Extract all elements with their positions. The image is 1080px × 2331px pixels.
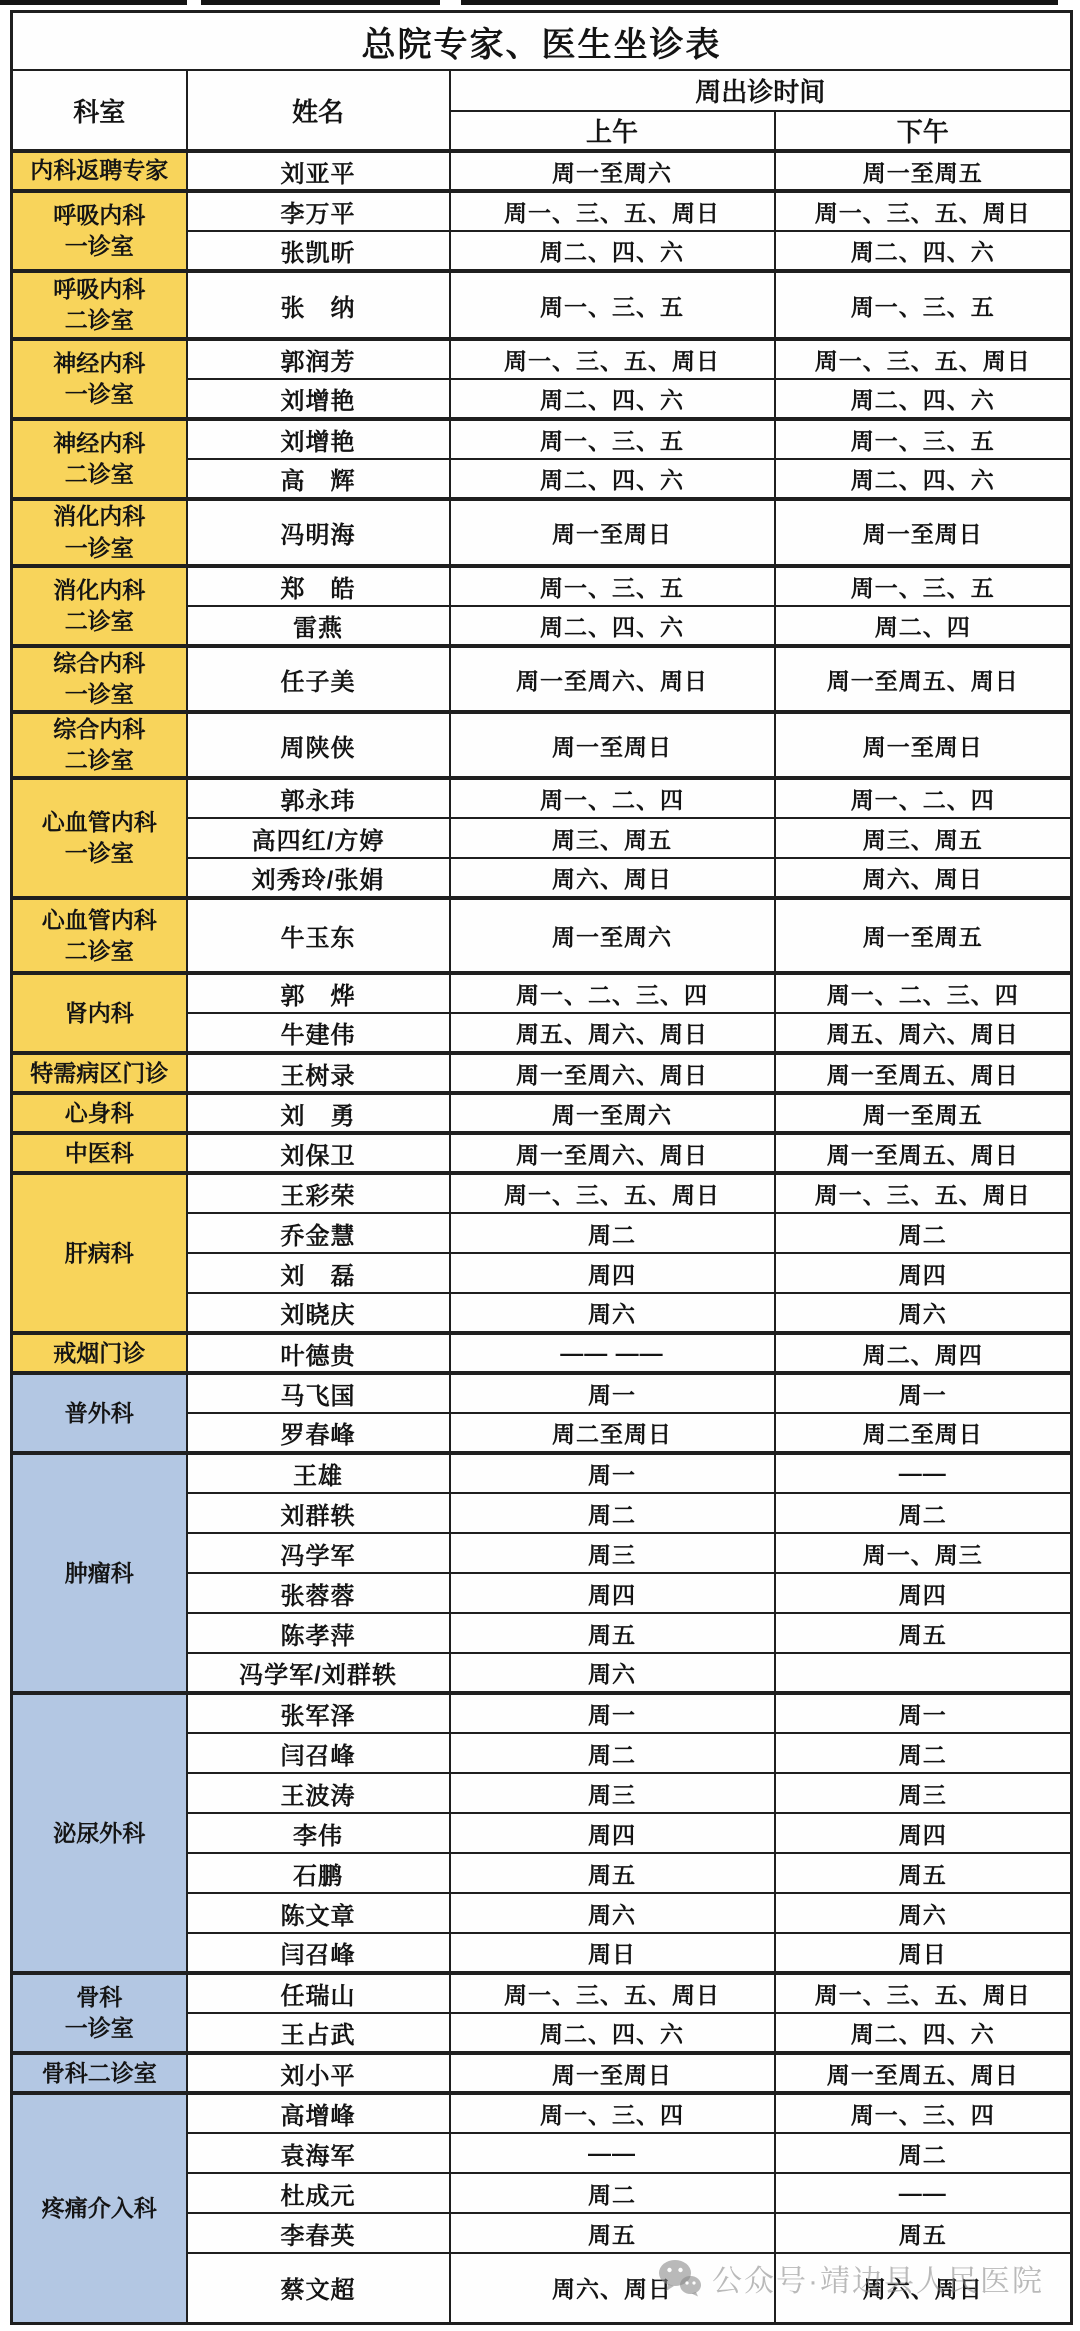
doctor-name-cell: 郭 烨 (187, 973, 450, 1013)
column-header-department: 科室 (12, 70, 187, 151)
morning-cell: 周二、四、六 (450, 606, 775, 646)
morning-cell: 周一至周六 (450, 1093, 775, 1133)
morning-cell: 周二、四、六 (450, 459, 775, 499)
morning-cell: 周一至周六 (450, 151, 775, 191)
afternoon-cell: 周二至周日 (775, 1413, 1072, 1453)
header-row: 科室 姓名 周出诊时间 (12, 70, 1072, 111)
doctor-name-cell: 郭润芳 (187, 339, 450, 379)
doctor-name-cell: 闫召峰 (187, 1733, 450, 1773)
morning-cell: 周二 (450, 1213, 775, 1253)
afternoon-cell: 周一、三、五、周日 (775, 1173, 1072, 1213)
doctor-name-cell: 冯学军/刘群轶 (187, 1653, 450, 1693)
doctor-name-cell: 牛建伟 (187, 1013, 450, 1053)
afternoon-cell: 周一至周日 (775, 712, 1072, 778)
table-row: 神经内科 一诊室郭润芳周一、三、五、周日周一、三、五、周日 (12, 339, 1072, 379)
morning-cell: 周一、三、五、周日 (450, 1173, 775, 1213)
afternoon-cell: 周六 (775, 1293, 1072, 1333)
column-header-morning: 上午 (450, 111, 775, 151)
department-cell: 神经内科 一诊室 (12, 339, 187, 419)
department-cell: 骨科 一诊室 (12, 1973, 187, 2053)
table-row: 肾内科郭 烨周一、二、三、四周一、二、三、四 (12, 973, 1072, 1013)
morning-cell: 周四 (450, 1573, 775, 1613)
doctor-name-cell: 张凯昕 (187, 231, 450, 271)
doctor-name-cell: 张军泽 (187, 1693, 450, 1733)
doctor-name-cell: 刘晓庆 (187, 1293, 450, 1333)
afternoon-cell: 周二、四、六 (775, 379, 1072, 419)
afternoon-cell: 周一、二、三、四 (775, 973, 1072, 1013)
doctor-name-cell: 李万平 (187, 191, 450, 231)
column-header-afternoon: 下午 (775, 111, 1072, 151)
doctor-name-cell: 刘小平 (187, 2053, 450, 2093)
afternoon-cell: 周六 (775, 1893, 1072, 1933)
doctor-name-cell: 王波涛 (187, 1773, 450, 1813)
afternoon-cell: 周四 (775, 1253, 1072, 1293)
doctor-name-cell: 刘增艳 (187, 419, 450, 459)
column-header-schedule: 周出诊时间 (450, 70, 1072, 111)
afternoon-cell (775, 1653, 1072, 1693)
morning-cell: 周一、三、五 (450, 566, 775, 606)
table-row: 呼吸内科 一诊室李万平周一、三、五、周日周一、三、五、周日 (12, 191, 1072, 231)
afternoon-cell: 周一、二、四 (775, 778, 1072, 818)
doctor-name-cell: 雷燕 (187, 606, 450, 646)
morning-cell: 周六 (450, 1893, 775, 1933)
afternoon-cell: 周三、周五 (775, 818, 1072, 858)
department-cell: 心血管内科 二诊室 (12, 898, 187, 973)
afternoon-cell: 周一、三、五、周日 (775, 1973, 1072, 2013)
morning-cell: 周二、四、六 (450, 231, 775, 271)
morning-cell: 周一、三、五、周日 (450, 1973, 775, 2013)
afternoon-cell: 周四 (775, 1813, 1072, 1853)
department-cell: 消化内科 一诊室 (12, 499, 187, 566)
morning-cell: 周一至周六、周日 (450, 1133, 775, 1173)
morning-cell: 周五 (450, 2213, 775, 2253)
morning-cell: 周三、周五 (450, 818, 775, 858)
department-cell: 中医科 (12, 1133, 187, 1173)
afternoon-cell: 周五 (775, 1613, 1072, 1653)
doctor-name-cell: 刘保卫 (187, 1133, 450, 1173)
afternoon-cell: 周五 (775, 1853, 1072, 1893)
doctor-name-cell: 刘秀玲/张娟 (187, 858, 450, 898)
doctor-name-cell: 袁海军 (187, 2133, 450, 2173)
doctor-name-cell: 李伟 (187, 1813, 450, 1853)
schedule-table: 总院专家、医生坐诊表 科室 姓名 周出诊时间 上午 下午 内科返聘专家刘亚平周一… (10, 10, 1073, 2325)
doctor-name-cell: 任瑞山 (187, 1973, 450, 2013)
afternoon-cell: 周二 (775, 1733, 1072, 1773)
morning-cell: 周四 (450, 1813, 775, 1853)
morning-cell: 周一 (450, 1693, 775, 1733)
afternoon-cell: 周一至周五、周日 (775, 2053, 1072, 2093)
afternoon-cell: 周日 (775, 1933, 1072, 1973)
morning-cell: 周日 (450, 1933, 775, 1973)
doctor-name-cell: 刘亚平 (187, 151, 450, 191)
afternoon-cell: 周一至周五 (775, 1093, 1072, 1133)
department-cell: 肿瘤科 (12, 1453, 187, 1693)
afternoon-cell: 周一、三、五、周日 (775, 191, 1072, 231)
doctor-name-cell: 李春英 (187, 2213, 450, 2253)
afternoon-cell: 周一、周三 (775, 1533, 1072, 1573)
doctor-name-cell: 叶德贵 (187, 1333, 450, 1373)
department-cell: 心身科 (12, 1093, 187, 1133)
morning-cell: 周五 (450, 1853, 775, 1893)
morning-cell: 周一、三、五 (450, 419, 775, 459)
afternoon-cell: 周二、四、六 (775, 459, 1072, 499)
afternoon-cell: 周二、四、六 (775, 2013, 1072, 2053)
morning-cell: 周二 (450, 1493, 775, 1533)
doctor-name-cell: 高 辉 (187, 459, 450, 499)
morning-cell: 周一至周日 (450, 2053, 775, 2093)
doctor-name-cell: 杜成元 (187, 2173, 450, 2213)
afternoon-cell: 周二、周四 (775, 1333, 1072, 1373)
department-cell: 综合内科 二诊室 (12, 712, 187, 778)
morning-cell: 周一至周六 (450, 898, 775, 973)
morning-cell: 周五、周六、周日 (450, 1013, 775, 1053)
table-row: 综合内科 一诊室任子美周一至周六、周日周一至周五、周日 (12, 646, 1072, 712)
doctor-name-cell: 冯明海 (187, 499, 450, 566)
department-cell: 呼吸内科 一诊室 (12, 191, 187, 271)
table-row: 心血管内科 二诊室牛玉东周一至周六周一至周五 (12, 898, 1072, 973)
afternoon-cell: 周四 (775, 1573, 1072, 1613)
doctor-name-cell: 张蓉蓉 (187, 1573, 450, 1613)
morning-cell: —— (450, 2133, 775, 2173)
doctor-name-cell: 郭永玮 (187, 778, 450, 818)
morning-cell: 周一至周六、周日 (450, 1053, 775, 1093)
title-row: 总院专家、医生坐诊表 (12, 12, 1072, 71)
doctor-name-cell: 刘增艳 (187, 379, 450, 419)
morning-cell: 周六、周日 (450, 858, 775, 898)
afternoon-cell: 周一、三、五 (775, 419, 1072, 459)
afternoon-cell: —— (775, 2173, 1072, 2213)
doctor-name-cell: 王雄 (187, 1453, 450, 1493)
table-row: 泌尿外科张军泽周一周一 (12, 1693, 1072, 1733)
doctor-name-cell: 郑 皓 (187, 566, 450, 606)
department-cell: 骨科二诊室 (12, 2053, 187, 2093)
afternoon-cell: 周一至周五、周日 (775, 646, 1072, 712)
table-row: 消化内科 二诊室郑 皓周一、三、五周一、三、五 (12, 566, 1072, 606)
doctor-name-cell: 乔金慧 (187, 1213, 450, 1253)
table-row: 肝病科王彩荣周一、三、五、周日周一、三、五、周日 (12, 1173, 1072, 1213)
table-row: 疼痛介入科高增峰周一、三、四周一、三、四 (12, 2093, 1072, 2133)
department-cell: 疼痛介入科 (12, 2093, 187, 2323)
table-row: 综合内科 二诊室周陕侠周一至周日周一至周日 (12, 712, 1072, 778)
department-cell: 肾内科 (12, 973, 187, 1053)
afternoon-cell: 周二 (775, 1213, 1072, 1253)
afternoon-cell: 周三 (775, 1773, 1072, 1813)
morning-cell: —— —— (450, 1333, 775, 1373)
table-row: 内科返聘专家刘亚平周一至周六周一至周五 (12, 151, 1072, 191)
doctor-name-cell: 牛玉东 (187, 898, 450, 973)
afternoon-cell: 周一、三、五 (775, 271, 1072, 339)
doctor-name-cell: 张 纳 (187, 271, 450, 339)
doctor-name-cell: 刘 勇 (187, 1093, 450, 1133)
morning-cell: 周一、三、五、周日 (450, 339, 775, 379)
afternoon-cell: 周一 (775, 1693, 1072, 1733)
doctor-name-cell: 陈文章 (187, 1893, 450, 1933)
afternoon-cell: 周一、三、五 (775, 566, 1072, 606)
doctor-name-cell: 冯学军 (187, 1533, 450, 1573)
morning-cell: 周六 (450, 1653, 775, 1693)
morning-cell: 周一 (450, 1373, 775, 1413)
department-cell: 消化内科 二诊室 (12, 566, 187, 646)
doctor-name-cell: 马飞国 (187, 1373, 450, 1413)
doctor-name-cell: 刘群轶 (187, 1493, 450, 1533)
column-header-name: 姓名 (187, 70, 450, 151)
morning-cell: 周六、周日 (450, 2253, 775, 2323)
department-cell: 呼吸内科 二诊室 (12, 271, 187, 339)
morning-cell: 周二、四、六 (450, 2013, 775, 2053)
doctor-name-cell: 王彩荣 (187, 1173, 450, 1213)
morning-cell: 周二至周日 (450, 1413, 775, 1453)
morning-cell: 周一、二、三、四 (450, 973, 775, 1013)
morning-cell: 周五 (450, 1613, 775, 1653)
afternoon-cell: 周一至周五 (775, 151, 1072, 191)
doctor-name-cell: 刘 磊 (187, 1253, 450, 1293)
table-row: 肿瘤科王雄周一—— (12, 1453, 1072, 1493)
department-cell: 戒烟门诊 (12, 1333, 187, 1373)
doctor-name-cell: 石鹏 (187, 1853, 450, 1893)
morning-cell: 周六 (450, 1293, 775, 1333)
doctor-name-cell: 蔡文超 (187, 2253, 450, 2323)
morning-cell: 周一至周六、周日 (450, 646, 775, 712)
morning-cell: 周四 (450, 1253, 775, 1293)
afternoon-cell: 周一至周五、周日 (775, 1133, 1072, 1173)
department-cell: 泌尿外科 (12, 1693, 187, 1973)
doctor-name-cell: 闫召峰 (187, 1933, 450, 1973)
department-cell: 内科返聘专家 (12, 151, 187, 191)
morning-cell: 周二 (450, 2173, 775, 2213)
afternoon-cell: 周二 (775, 2133, 1072, 2173)
table-row: 骨科二诊室刘小平周一至周日周一至周五、周日 (12, 2053, 1072, 2093)
department-cell: 普外科 (12, 1373, 187, 1453)
morning-cell: 周一至周日 (450, 499, 775, 566)
afternoon-cell: 周二 (775, 1493, 1072, 1533)
table-row: 特需病区门诊王树录周一至周六、周日周一至周五、周日 (12, 1053, 1072, 1093)
afternoon-cell: 周一、三、五、周日 (775, 339, 1072, 379)
doctor-name-cell: 罗春峰 (187, 1413, 450, 1453)
table-row: 骨科 一诊室任瑞山周一、三、五、周日周一、三、五、周日 (12, 1973, 1072, 2013)
afternoon-cell: 周五、周六、周日 (775, 1013, 1072, 1053)
doctor-name-cell: 周陕侠 (187, 712, 450, 778)
table-row: 消化内科 一诊室冯明海周一至周日周一至周日 (12, 499, 1072, 566)
department-cell: 神经内科 二诊室 (12, 419, 187, 499)
doctor-name-cell: 任子美 (187, 646, 450, 712)
morning-cell: 周二、四、六 (450, 379, 775, 419)
department-cell: 肝病科 (12, 1173, 187, 1333)
morning-cell: 周三 (450, 1773, 775, 1813)
department-cell: 心血管内科 一诊室 (12, 778, 187, 898)
morning-cell: 周二 (450, 1733, 775, 1773)
morning-cell: 周一、三、五 (450, 271, 775, 339)
department-cell: 综合内科 一诊室 (12, 646, 187, 712)
morning-cell: 周一至周日 (450, 712, 775, 778)
morning-cell: 周一、二、四 (450, 778, 775, 818)
afternoon-cell: 周二、四 (775, 606, 1072, 646)
morning-cell: 周一、三、四 (450, 2093, 775, 2133)
afternoon-cell: 周一至周五、周日 (775, 1053, 1072, 1093)
table-row: 心血管内科 一诊室郭永玮周一、二、四周一、二、四 (12, 778, 1072, 818)
table-row: 呼吸内科 二诊室张 纳周一、三、五周一、三、五 (12, 271, 1072, 339)
afternoon-cell: 周五 (775, 2213, 1072, 2253)
doctor-name-cell: 陈孝萍 (187, 1613, 450, 1653)
table-row: 普外科马飞国周一周一 (12, 1373, 1072, 1413)
table-row: 中医科刘保卫周一至周六、周日周一至周五、周日 (12, 1133, 1072, 1173)
afternoon-cell: 周一 (775, 1373, 1072, 1413)
doctor-name-cell: 高增峰 (187, 2093, 450, 2133)
afternoon-cell: —— (775, 1453, 1072, 1493)
afternoon-cell: 周一、三、四 (775, 2093, 1072, 2133)
department-cell: 特需病区门诊 (12, 1053, 187, 1093)
afternoon-cell: 周一至周日 (775, 499, 1072, 566)
doctor-name-cell: 王树录 (187, 1053, 450, 1093)
doctor-name-cell: 高四红/方婷 (187, 818, 450, 858)
table-row: 神经内科 二诊室刘增艳周一、三、五周一、三、五 (12, 419, 1072, 459)
afternoon-cell: 周二、四、六 (775, 231, 1072, 271)
afternoon-cell: 周一至周五 (775, 898, 1072, 973)
afternoon-cell: 周六、周日 (775, 858, 1072, 898)
morning-cell: 周一、三、五、周日 (450, 191, 775, 231)
afternoon-cell: 周六、周日 (775, 2253, 1072, 2323)
cropped-top-border (0, 0, 1080, 5)
table-row: 戒烟门诊叶德贵—— ——周二、周四 (12, 1333, 1072, 1373)
doctor-name-cell: 王占武 (187, 2013, 450, 2053)
morning-cell: 周一 (450, 1453, 775, 1493)
table-row: 心身科刘 勇周一至周六周一至周五 (12, 1093, 1072, 1133)
page-title: 总院专家、医生坐诊表 (12, 12, 1072, 71)
morning-cell: 周三 (450, 1533, 775, 1573)
